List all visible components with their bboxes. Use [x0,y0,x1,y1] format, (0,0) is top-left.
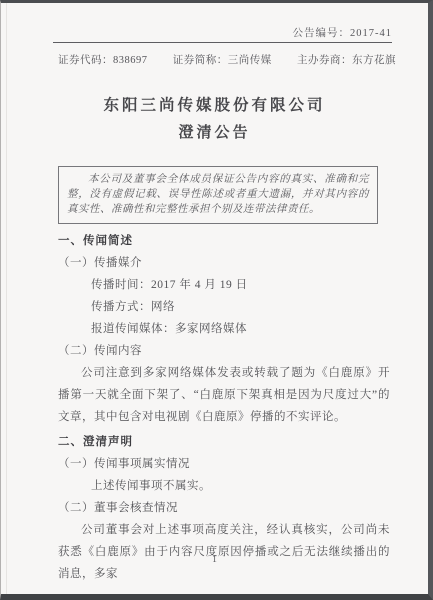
rumor-spread-time: 传播时间：2017 年 4 月 19 日 [58,278,390,293]
rumor-truthfulness-statement: 上述传闻事项不属实。 [58,479,390,494]
header-divider [53,42,392,43]
board-disclaimer-text: 本公司及董事会全体成员保证公告内容的真实、准确和完整，没有虚假记载、误导性陈述或… [67,172,369,217]
stock-code: 证券代码：838697 [58,52,148,67]
section1-sub2-heading: （二）传闻内容 [58,344,390,359]
sponsor-broker: 主办券商：东方花旗 [297,52,396,67]
stock-short-name: 证券简称：三尚传媒 [173,52,272,67]
section1-sub1-heading: （一）传播媒介 [58,256,390,271]
section1-heading: 一、传闻简述 [58,234,390,249]
company-name-title: 东阳三尚传媒股份有限公司 [1,93,428,115]
section2-sub2-heading: （二）董事会核查情况 [58,501,390,516]
page-number: 1 [1,555,428,565]
rumor-spread-method: 传播方式：网络 [58,300,390,315]
announcement-type-title: 澄清公告 [1,121,428,142]
section2-heading: 二、澄清声明 [58,435,390,450]
board-verification-paragraph: 公司董事会对上述事项高度关注，经认真核实，公司尚未获悉《白鹿原》由于内容尺度原因… [58,519,390,585]
scanned-announcement-page: 公告编号：2017-41 证券代码：838697 证券简称：三尚传媒 主办券商：… [0,0,433,600]
rumor-content-paragraph: 公司注意到多家网络媒体发表或转载了题为《白鹿原》开播第一天就全面下架了、“白鹿原… [58,362,390,428]
board-disclaimer-box: 本公司及董事会全体成员保证公告内容的真实、准确和完整，没有虚假记载、误导性陈述或… [58,166,378,224]
announcement-number: 公告编号：2017-41 [1,25,392,40]
section2-sub1-heading: （一）传闻事项属实情况 [58,457,390,472]
securities-info-row: 证券代码：838697 证券简称：三尚传媒 主办券商：东方花旗 [58,52,396,67]
announcement-body: 一、传闻简述 （一）传播媒介 传播时间：2017 年 4 月 19 日 传播方式… [58,234,390,585]
rumor-spread-media: 报道传闻媒体：多家网络媒体 [58,322,390,337]
